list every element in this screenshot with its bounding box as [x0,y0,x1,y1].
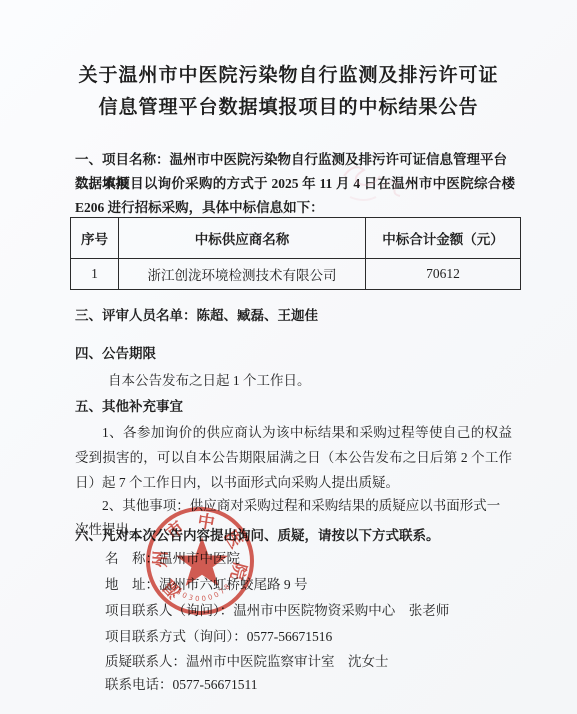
section-supplement-para1: 1、各参加询价的供应商认为该中标结果和采购过程等使自己的权益受到损害的，可以自本… [75,420,512,495]
table-row: 1 浙江创泷环境检测技术有限公司 70612 [71,259,521,290]
page-title: 关于温州市中医院污染物自行监测及排污许可证 信息管理平台数据填报项目的中标结果公… [0,60,577,124]
section-notice-period-body: 自本公告发布之日起 1 个工作日。 [108,369,528,393]
contact-name: 名 称：温州市中医院 [105,549,535,569]
header-total-amount: 中标合计金额（元） [366,218,521,259]
section-notice-period-heading: 四、公告期限 [75,342,520,366]
table-header-row: 序号 中标供应商名称 中标合计金额（元） [71,218,521,259]
cell-total-amount: 70612 [366,259,521,290]
section-review-panel: 三、评审人员名单：陈超、臧磊、王迦佳 [75,304,520,328]
section-supplement-heading: 五、其他补充事宜 [75,395,520,419]
contact-challenge-person: 质疑联系人：温州市中医院监察审计室 沈女士 [105,652,535,672]
page-title-line1: 关于温州市中医院污染物自行监测及排污许可证 [0,60,577,92]
contact-project-phone: 项目联系方式（询问）：0577-56671516 [105,627,535,647]
section-procurement-method: 二、本项目以询价采购的方式于 2025 年 11 月 4 日在温州市中医院综合楼… [75,172,515,220]
section-contact-heading: 六、凡对本次公告内容提出询问、质疑，请按以下方式联系。 [75,524,535,548]
header-supplier-name: 中标供应商名称 [119,218,366,259]
cell-serial-no: 1 [71,259,119,290]
contact-challenge-phone: 联系电话：0577-56671511 [105,675,535,695]
contact-address: 地 址：温州市六虹桥蛟尾路 9 号 [105,575,535,595]
cell-supplier-name: 浙江创泷环境检测技术有限公司 [119,259,366,290]
header-serial-no: 序号 [71,218,119,259]
bid-result-table: 序号 中标供应商名称 中标合计金额（元） 1 浙江创泷环境检测技术有限公司 70… [70,217,521,290]
scanned-announcement-page: 关于温州市中医院污染物自行监测及排污许可证 信息管理平台数据填报项目的中标结果公… [0,0,577,714]
contact-project-person: 项目联系人（询问）：温州市中医院物资采购中心 张老师 [105,601,535,621]
page-title-line2: 信息管理平台数据填报项目的中标结果公告 [0,92,577,124]
